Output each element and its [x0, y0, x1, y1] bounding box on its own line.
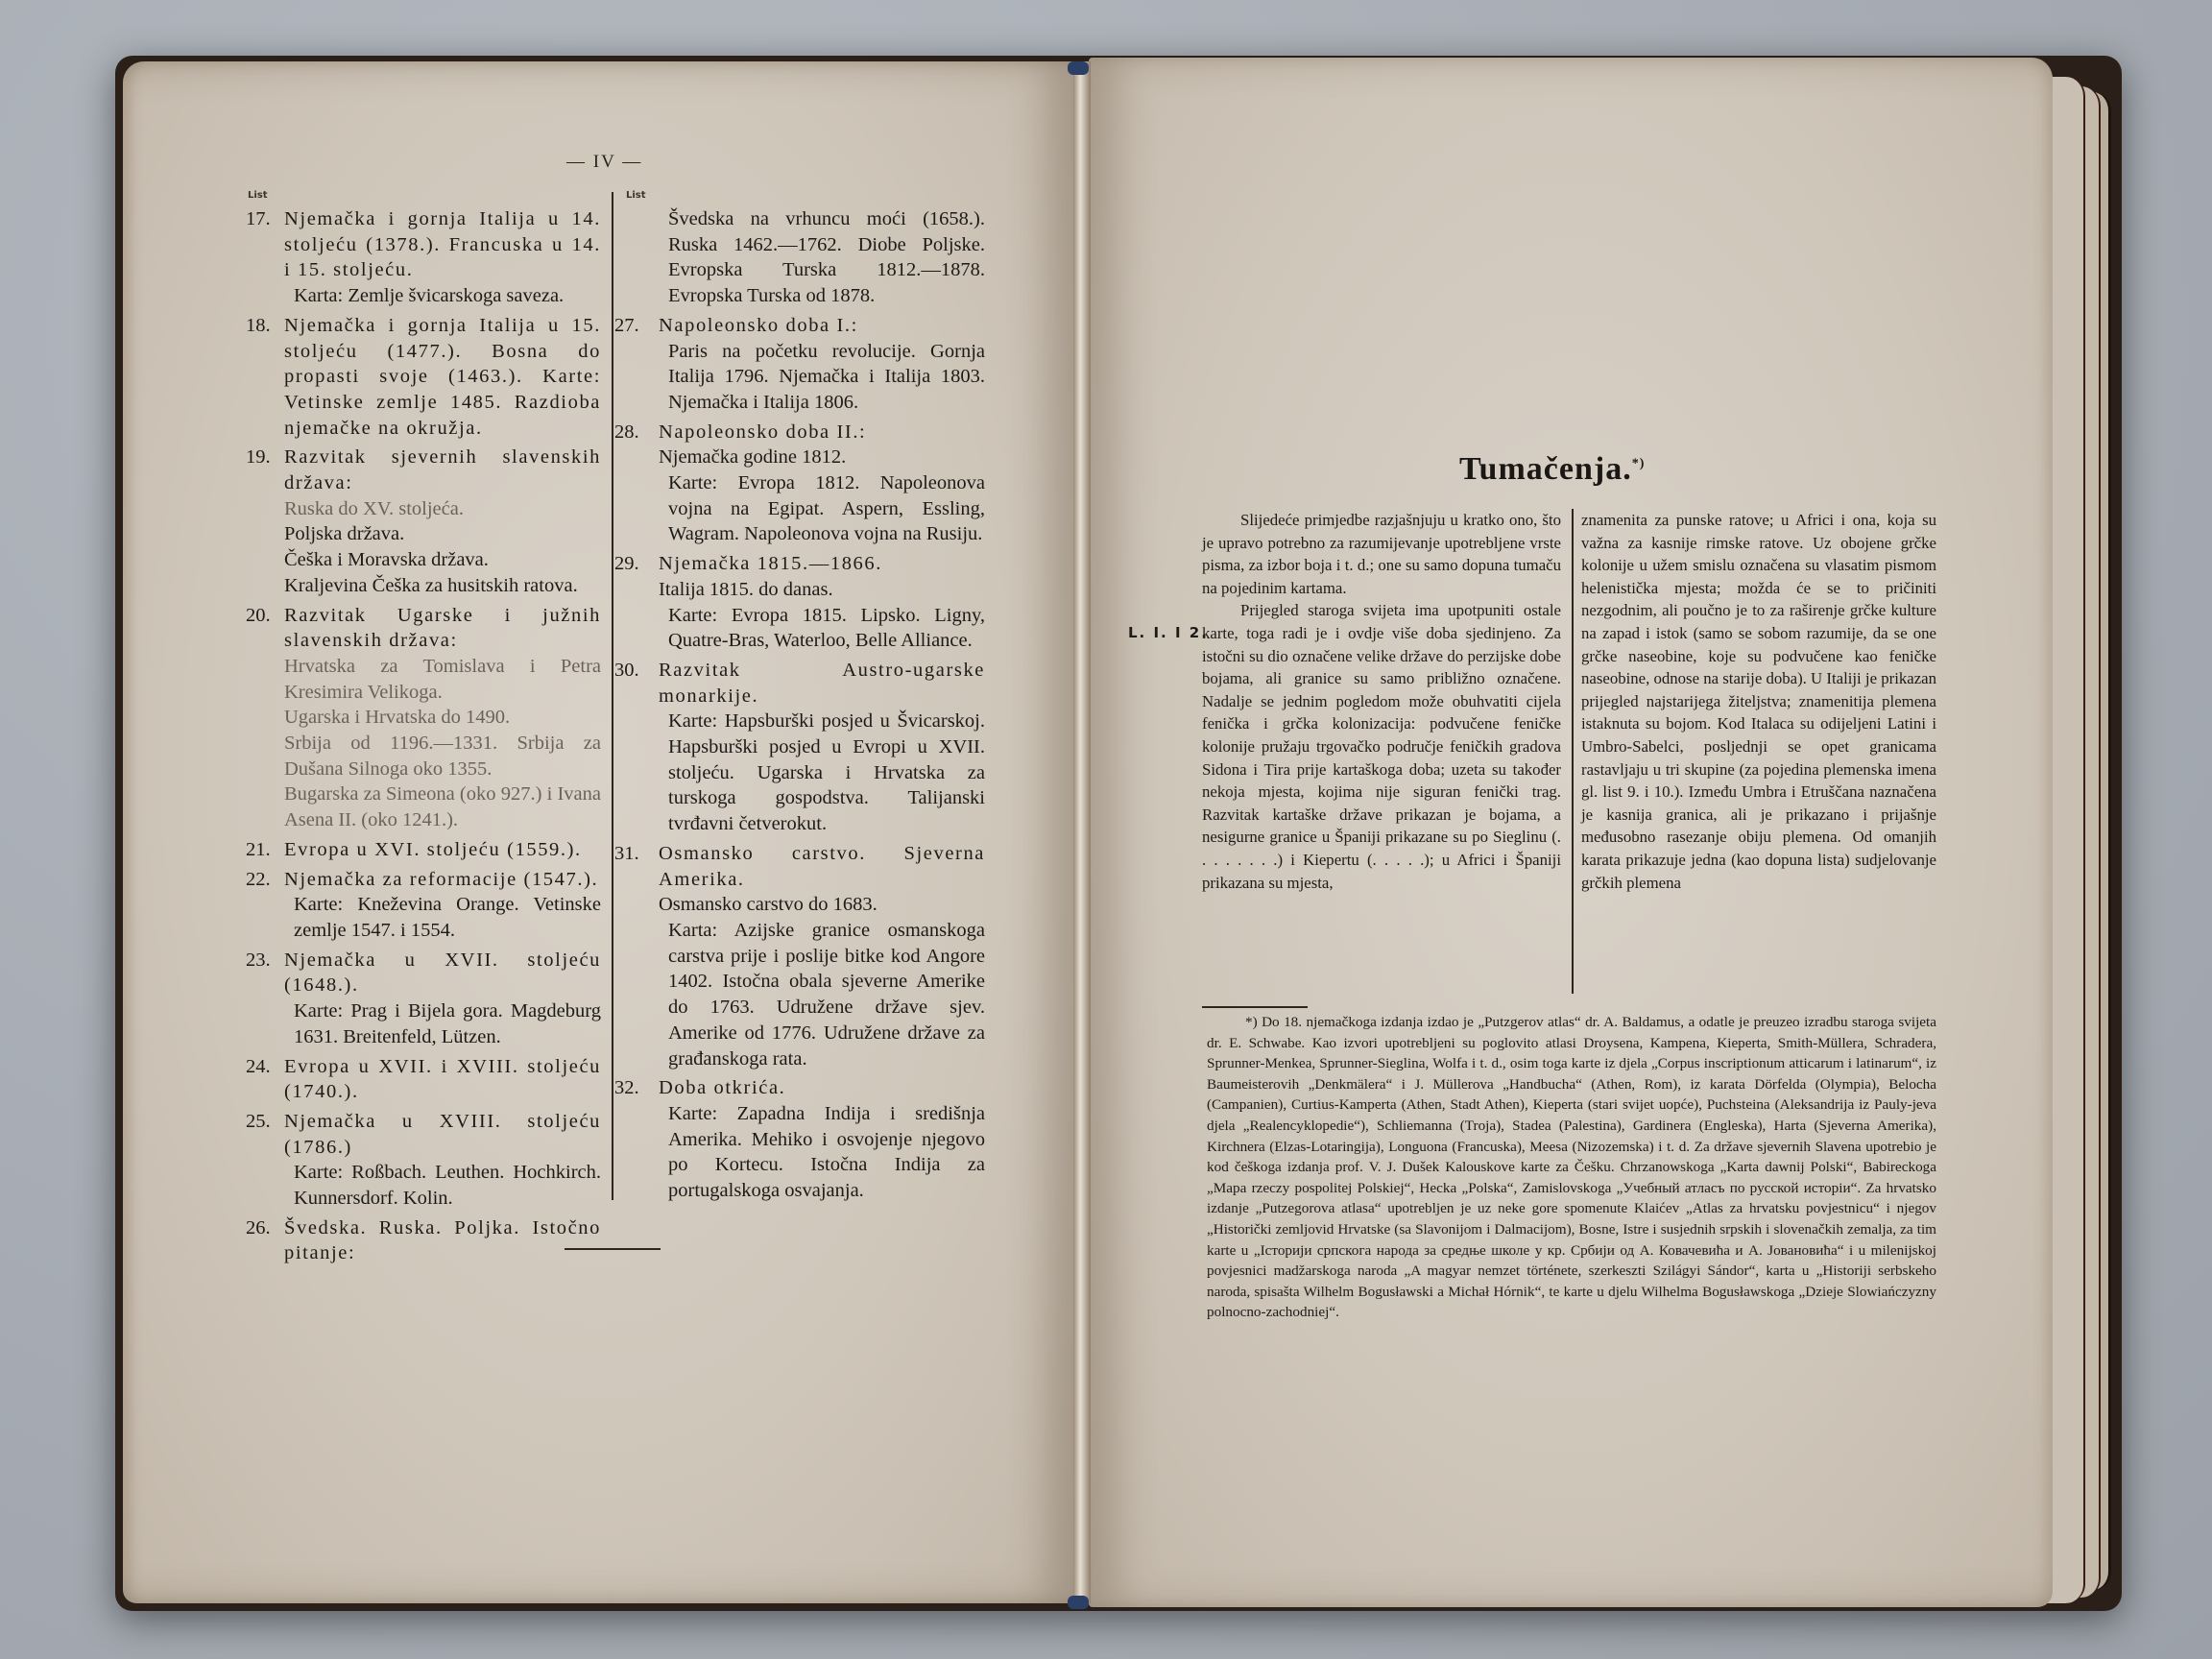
entry-title: Njemačka za reformacije (1547.).: [246, 867, 601, 893]
spine-binding: [1068, 61, 1089, 75]
entry-title: Njemačka u XVII. stoljeću (1648.).: [246, 948, 601, 998]
entry-title: Njemačka i gornja Italija u 15. stoljeću…: [246, 313, 601, 442]
list-item: 28. Napoleonsko doba II.: Njemačka godin…: [659, 420, 985, 548]
contents-column-left: 17. Njemačka i gornja Italija u 14. stol…: [246, 206, 601, 1270]
list-item: 30. Razvitak Austro-ugarske monarkije. K…: [659, 658, 985, 837]
column-label: List: [626, 190, 646, 201]
list-item: 31. Osmansko carstvo. Sjeverna Amerika. …: [659, 841, 985, 1071]
entry-maps: Karte: Evropa 1815. Lipsko. Ligny, Quatr…: [659, 603, 985, 654]
list-item: 23. Njemačka u XVII. stoljeću (1648.). K…: [246, 948, 601, 1050]
entry-title: Razvitak Austro-ugarske monarkije.: [659, 658, 985, 709]
entry-number: 27.: [614, 313, 639, 339]
paragraph: Slijedeće primjedbe razjašnjuju u kratko…: [1202, 509, 1561, 599]
list-item: 32. Doba otkrića. Karte: Zapadna Indija …: [659, 1075, 985, 1204]
entry-number: 18.: [246, 313, 271, 339]
list-item: 26. Švedska. Ruska. Poljka. Istočno pita…: [246, 1215, 601, 1266]
entry-title: Njemačka 1815.—1866.: [659, 551, 985, 577]
entry-maps: Paris na početku revolucije. Gornja Ital…: [659, 339, 985, 416]
list-item: 21. Evropa u XVI. stoljeću (1559.).: [246, 837, 601, 863]
entry-line: Njemačka godine 1812.: [659, 445, 985, 470]
entry-title: Osmansko carstvo. Sjeverna Amerika.: [659, 841, 985, 892]
paragraph: Prijegled staroga svijeta ima upotpuniti…: [1202, 599, 1561, 894]
text-column-right: znamenita za punske ratove; u Africi i o…: [1581, 509, 1936, 894]
paragraph: znamenita za punske ratove; u Africi i o…: [1581, 509, 1936, 894]
entry-title: Razvitak Ugarske i južnih slavenskih drž…: [246, 603, 601, 654]
entry-maps: Karte: Prag i Bijela gora. Magdeburg 163…: [246, 998, 601, 1049]
entry-number: 23.: [246, 948, 271, 974]
footnote-rule: [1202, 1006, 1308, 1008]
entry-maps: Karte: Kneževina Orange. Vetinske zemlje…: [246, 892, 601, 943]
entry-line: Osmansko carstvo do 1683.: [659, 892, 985, 918]
spine-binding: [1068, 1596, 1089, 1609]
footnote-mark: *): [1632, 457, 1646, 471]
entry-title: Evropa u XVI. stoljeću (1559.).: [246, 837, 601, 863]
entry-title: Švedska. Ruska. Poljka. Istočno pitanje:: [246, 1215, 601, 1266]
entry-number: 19.: [246, 445, 271, 470]
column-divider: [612, 192, 613, 1200]
entry-line: Hrvatska za Tomislava i Petra Kresimira …: [246, 654, 601, 705]
entry-number: 29.: [614, 551, 639, 577]
entry-title: Napoleonsko doba II.:: [659, 420, 985, 445]
entry-maps: Švedska na vrhuncu moći (1658.). Ruska 1…: [659, 206, 985, 309]
entry-maps: Karte: Evropa 1812. Napoleonova vojna na…: [659, 470, 985, 547]
entry-number: 32.: [614, 1075, 639, 1101]
entry-number: 28.: [614, 420, 639, 445]
entry-maps: Karte: Hapsburški posjed u Švicarskoj. H…: [659, 709, 985, 837]
entry-number: 24.: [246, 1054, 271, 1080]
entry-line: Ugarska i Hrvatska do 1490.: [246, 705, 601, 731]
list-item: 25. Njemačka u XVIII. stoljeću (1786.) K…: [246, 1109, 601, 1212]
entry-number: 31.: [614, 841, 639, 867]
entry-title: Njemačka u XVIII. stoljeću (1786.): [246, 1109, 601, 1160]
entry-title: Razvitak sjevernih slavenskih država:: [246, 445, 601, 495]
entry-line: Bugarska za Simeona (oko 927.) i Ivana A…: [246, 781, 601, 832]
entry-line: Češka i Moravska država.: [246, 547, 601, 573]
page-number: — IV —: [566, 152, 642, 173]
entry-number: 22.: [246, 867, 271, 893]
entry-title: Evropa u XVII. i XVIII. stoljeću (1740.)…: [246, 1054, 601, 1105]
entry-maps: Karte: Zapadna Indija i središnja Amerik…: [659, 1101, 985, 1204]
list-item: 22. Njemačka za reformacije (1547.). Kar…: [246, 867, 601, 944]
entry-number: 21.: [246, 837, 271, 863]
list-item: 24. Evropa u XVII. i XVIII. stoljeću (17…: [246, 1054, 601, 1105]
footnote: *) Do 18. njemačkoga izdanja izdao je „P…: [1207, 1012, 1936, 1323]
list-item: 17. Njemačka i gornja Italija u 14. stol…: [246, 206, 601, 309]
title-text: Tumačenja.: [1459, 451, 1632, 487]
page-title: Tumačenja.*): [1459, 451, 1645, 488]
entry-title: Napoleonsko doba I.:: [659, 313, 985, 339]
entry-maps: Karta: Zemlje švicarskoga saveza.: [246, 283, 601, 309]
entry-line: Poljska država.: [246, 521, 601, 547]
entry-number: 20.: [246, 603, 271, 629]
list-item: Švedska na vrhuncu moći (1658.). Ruska 1…: [659, 206, 985, 309]
entry-maps: Karte: Roßbach. Leuthen. Hochkirch. Kunn…: [246, 1160, 601, 1211]
book-gutter: [1073, 61, 1091, 1603]
list-item: 19. Razvitak sjevernih slavenskih država…: [246, 445, 601, 598]
list-item: 18. Njemačka i gornja Italija u 15. stol…: [246, 313, 601, 442]
entry-title: Doba otkrića.: [659, 1075, 985, 1101]
entry-line: Kraljevina Češka za husitskih ratova.: [246, 573, 601, 599]
entry-line: Srbija od 1196.—1331. Srbija za Dušana S…: [246, 731, 601, 781]
entry-number: 30.: [614, 658, 639, 684]
contents-column-right: Švedska na vrhuncu moći (1658.). Ruska 1…: [659, 206, 985, 1208]
text-column-left: Slijedeće primjedbe razjašnjuju u kratko…: [1202, 509, 1561, 894]
entry-title: Njemačka i gornja Italija u 14. stoljeću…: [246, 206, 601, 283]
margin-reference: L. I. I 2.: [1128, 624, 1209, 641]
entry-number: 25.: [246, 1109, 271, 1135]
entry-line: Italija 1815. do danas.: [659, 577, 985, 603]
entry-line: Ruska do XV. stoljeća.: [246, 496, 601, 522]
entry-number: 26.: [246, 1215, 271, 1241]
list-item: 20. Razvitak Ugarske i južnih slavenskih…: [246, 603, 601, 833]
column-label: List: [248, 190, 268, 201]
open-book: — IV — List List 17. Njemačka i gornja I…: [0, 0, 2212, 1659]
list-item: 29. Njemačka 1815.—1866. Italija 1815. d…: [659, 551, 985, 654]
entry-number: 17.: [246, 206, 271, 232]
column-divider: [1572, 509, 1574, 994]
section-end-rule: [565, 1248, 661, 1250]
list-item: 27. Napoleonsko doba I.: Paris na početk…: [659, 313, 985, 416]
entry-maps: Karta: Azijske granice osmanskoga carstv…: [659, 918, 985, 1071]
